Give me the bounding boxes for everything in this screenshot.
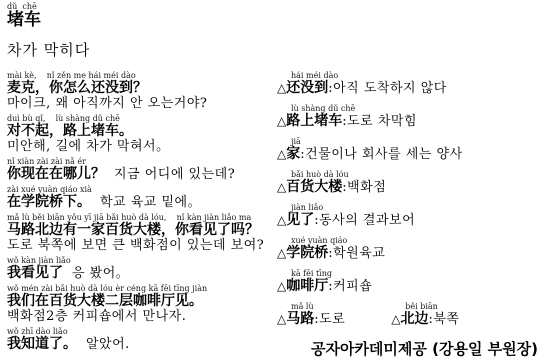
dialogue-korean: 알았어. bbox=[86, 337, 130, 352]
vocab-item: kā fēi tīng △咖啡厅:커피숍 bbox=[277, 270, 537, 295]
dialogue-hanzi: 你现在在哪儿？지금 어디에 있는데? bbox=[7, 166, 273, 182]
dialogue-korean: 백화점2층 커피숍에서 만나자. bbox=[7, 309, 273, 324]
triangle-marker: △ bbox=[277, 246, 286, 260]
dialogue-hanzi: 麦克，你怎么还没到？ bbox=[7, 80, 273, 96]
lesson-title-korean: 차가 막히다 bbox=[7, 42, 273, 59]
vocab-definition: :아직 도착하지 않다 bbox=[328, 81, 447, 96]
dialogue-hanzi: 马路北边有一家百货大楼，你看见了吗？ bbox=[7, 222, 273, 238]
vocab-pinyin: hái méi dào bbox=[291, 72, 537, 80]
dialogue-pinyin: mài kè, nǐ zěn me hái méi dào bbox=[7, 72, 273, 80]
vocab-term: 马路 bbox=[286, 311, 314, 327]
vocab-term: 家 bbox=[286, 146, 300, 162]
dialogue-pinyin: wǒ zhī dào liǎo bbox=[7, 328, 273, 336]
vocab-term: 见了 bbox=[286, 212, 314, 228]
vocab-pinyin: jiàn liǎo bbox=[291, 204, 537, 212]
vocab-pinyin: bǎi huò dà lóu bbox=[291, 171, 537, 179]
dialogue-korean: 도로 북쪽에 보면 큰 백화점이 있는데 보여? bbox=[7, 238, 273, 253]
triangle-marker: △ bbox=[277, 279, 286, 293]
dialogue-pinyin: wǒ mén zài bǎi huò dà lóu èr céng kā fēi… bbox=[7, 285, 273, 293]
vocab-definition: :학원육교 bbox=[328, 246, 385, 261]
dialogue-pinyin: wǒ kàn jiàn liǎo bbox=[7, 257, 273, 265]
vocab-definition: :커피숍 bbox=[328, 279, 372, 294]
lesson-page: dǔ chē 堵车 차가 막히다 mài kè, nǐ zěn me hái m… bbox=[0, 0, 540, 363]
dialogue-line: duì bù qǐ, lù shàng dǔ chē 对不起，路上堵车。 미안해… bbox=[7, 115, 273, 154]
vocab-item: jiàn liǎo △见了:동사의 결과보어 bbox=[277, 204, 537, 229]
provider-credit: 공자아카데미제공 (강용일 부원장) bbox=[311, 338, 538, 359]
dialogue-column: dǔ chē 堵车 차가 막히다 mài kè, nǐ zěn me hái m… bbox=[7, 3, 273, 356]
dialogue-hanzi: 我知道了。알았어. bbox=[7, 336, 273, 352]
vocab-definition: :북쪽 bbox=[428, 312, 459, 327]
triangle-marker: △ bbox=[277, 114, 286, 128]
dialogue-line: wǒ mén zài bǎi huò dà lóu èr céng kā fēi… bbox=[7, 285, 273, 324]
dialogue-korean: 마이크, 왜 아직까지 안 오는거야? bbox=[7, 96, 273, 111]
triangle-marker: △ bbox=[277, 81, 286, 95]
dialogue-pinyin: zài xué yuàn qiáo xià bbox=[7, 186, 273, 194]
vocab-item: lù shàng dǔ chē △路上堵车:도로 차막힘 bbox=[277, 105, 537, 130]
dialogue-line: nǐ xiàn zài zài nǎ ér 你现在在哪儿？지금 어디에 있는데? bbox=[7, 158, 273, 182]
triangle-marker: △ bbox=[277, 312, 286, 326]
dialogue-hanzi-text: 在学院桥下。 bbox=[7, 194, 91, 210]
vocab-term: 路上堵车 bbox=[286, 113, 342, 129]
vocab-pinyin: běi biān bbox=[405, 303, 459, 311]
vocab-item: bǎi huò dà lóu △百货大楼:백화점 bbox=[277, 171, 537, 196]
dialogue-hanzi-text: 我知道了。 bbox=[7, 336, 77, 352]
dialogue-section: mài kè, nǐ zěn me hái méi dào 麦克，你怎么还没到？… bbox=[7, 72, 273, 352]
dialogue-line: zài xué yuàn qiáo xià 在学院桥下。학교 육교 밑에。 bbox=[7, 186, 273, 210]
vocabulary-column: hái méi dào △还没到:아직 도착하지 않다 lù shàng dǔ … bbox=[277, 72, 537, 336]
lesson-title-hanzi: 堵车 bbox=[7, 11, 273, 30]
vocab-definition: :건물이나 회사를 세는 양사 bbox=[300, 147, 462, 162]
dialogue-korean: 지금 어디에 있는데? bbox=[114, 167, 235, 182]
dialogue-hanzi: 在学院桥下。학교 육교 밑에。 bbox=[7, 194, 273, 210]
dialogue-hanzi: 对不起，路上堵车。 bbox=[7, 123, 273, 139]
vocab-term: 还没到 bbox=[286, 80, 328, 96]
dialogue-hanzi: 我们在百货大楼二层咖啡厅见。 bbox=[7, 293, 273, 309]
dialogue-pinyin: duì bù qǐ, lù shàng dǔ chē bbox=[7, 115, 273, 123]
triangle-marker: △ bbox=[277, 213, 286, 227]
dialogue-korean: 응 봤어。 bbox=[72, 266, 129, 281]
vocab-item: hái méi dào △还没到:아직 도착하지 않다 bbox=[277, 72, 537, 97]
vocab-item: běi biān △北边:북쪽 bbox=[391, 303, 459, 328]
dialogue-line: wǒ kàn jiàn liǎo 我看见了응 봤어。 bbox=[7, 257, 273, 281]
dialogue-line: mǎ lù běi biān yǒu yī jiā bǎi huò dà lóu… bbox=[7, 214, 273, 253]
dialogue-pinyin: nǐ xiàn zài zài nǎ ér bbox=[7, 158, 273, 166]
vocab-row: mǎ lù △马路:도로 běi biān △北边:북쪽 bbox=[277, 303, 537, 336]
vocab-term: 学院桥 bbox=[286, 245, 328, 261]
dialogue-hanzi: 我看见了응 봤어。 bbox=[7, 265, 273, 281]
vocab-pinyin: lù shàng dǔ chē bbox=[291, 105, 537, 113]
vocab-item: mǎ lù △马路:도로 bbox=[277, 303, 345, 328]
vocab-pinyin: mǎ lù bbox=[291, 303, 345, 311]
dialogue-hanzi-text: 我看见了 bbox=[7, 265, 63, 281]
vocab-item: xué yuàn qiáo △学院桥:학원육교 bbox=[277, 237, 537, 262]
dialogue-line: mài kè, nǐ zěn me hái méi dào 麦克，你怎么还没到？… bbox=[7, 72, 273, 111]
dialogue-korean: 학교 육교 밑에。 bbox=[100, 195, 201, 210]
vocab-item: jiā △家:건물이나 회사를 세는 양사 bbox=[277, 138, 537, 163]
vocab-pinyin: kā fēi tīng bbox=[291, 270, 537, 278]
dialogue-pinyin: mǎ lù běi biān yǒu yī jiā bǎi huò dà lóu… bbox=[7, 214, 273, 222]
vocab-definition: :동사의 결과보어 bbox=[314, 213, 415, 228]
lesson-title-pinyin: dǔ chē bbox=[7, 3, 273, 11]
dialogue-hanzi-text: 你现在在哪儿？ bbox=[7, 166, 105, 182]
dialogue-line: wǒ zhī dào liǎo 我知道了。알았어. bbox=[7, 328, 273, 352]
dialogue-korean: 미안해, 길에 차가 막혀서。 bbox=[7, 139, 273, 154]
vocab-term: 咖啡厅 bbox=[286, 278, 328, 294]
vocab-definition: :백화점 bbox=[342, 180, 386, 195]
triangle-marker: △ bbox=[277, 180, 286, 194]
vocab-term: 百货大楼 bbox=[286, 179, 342, 195]
vocab-definition: :도로 bbox=[314, 312, 345, 327]
lesson-title-block: dǔ chē 堵车 차가 막히다 bbox=[7, 3, 273, 59]
vocab-definition: :도로 차막힘 bbox=[342, 114, 417, 129]
vocab-pinyin: jiā bbox=[291, 138, 537, 146]
vocab-pinyin: xué yuàn qiáo bbox=[291, 237, 537, 245]
triangle-marker: △ bbox=[277, 147, 286, 161]
vocab-term: 北边 bbox=[400, 311, 428, 327]
